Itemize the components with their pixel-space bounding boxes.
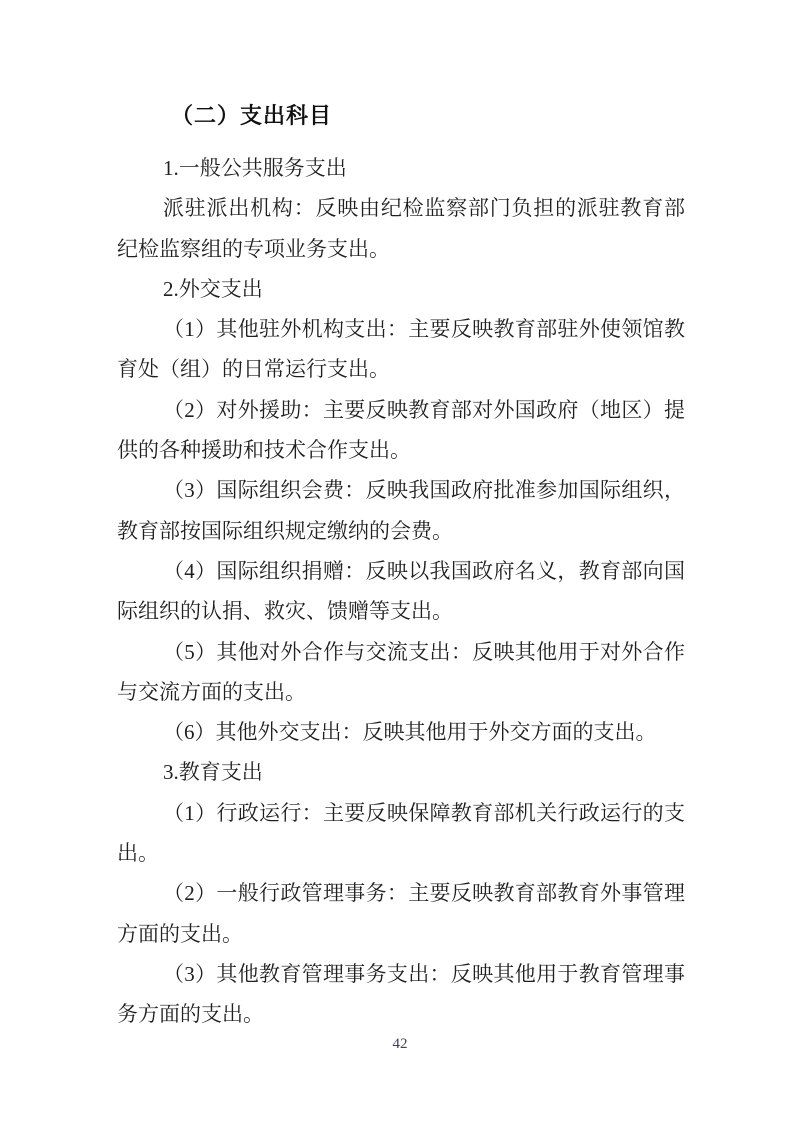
section-heading: （二）支出科目 — [117, 96, 685, 136]
document-page: （二）支出科目 1.一般公共服务支出 派驻派出机构：反映由纪检监察部门负担的派驻… — [0, 0, 800, 1131]
document-content: （二）支出科目 1.一般公共服务支出 派驻派出机构：反映由纪检监察部门负担的派驻… — [117, 96, 685, 1035]
paragraph: （2）一般行政管理事务：主要反映教育部教育外事管理方面的支出。 — [117, 873, 685, 954]
paragraph: （5）其他对外合作与交流支出：反映其他用于对外合作与交流方面的支出。 — [117, 632, 685, 713]
paragraph: （2）对外援助：主要反映教育部对外国政府（地区）提供的各种援助和技术合作支出。 — [117, 390, 685, 471]
paragraph: （1）行政运行：主要反映保障教育部机关行政运行的支出。 — [117, 793, 685, 874]
page-number: 42 — [0, 1036, 800, 1053]
paragraph: 派驻派出机构：反映由纪检监察部门负担的派驻教育部纪检监察组的专项业务支出。 — [117, 188, 685, 269]
paragraph: （4）国际组织捐赠：反映以我国政府名义，教育部向国际组织的认捐、救灾、馈赠等支出… — [117, 551, 685, 632]
paragraph: 1.一般公共服务支出 — [117, 148, 685, 188]
paragraph: 3.教育支出 — [117, 752, 685, 792]
paragraph: （3）其他教育管理事务支出：反映其他用于教育管理事务方面的支出。 — [117, 954, 685, 1035]
paragraph: 2.外交支出 — [117, 269, 685, 309]
paragraph: （1）其他驻外机构支出：主要反映教育部驻外使领馆教育处（组）的日常运行支出。 — [117, 309, 685, 390]
paragraph: （6）其他外交支出：反映其他用于外交方面的支出。 — [117, 712, 685, 752]
paragraph: （3）国际组织会费：反映我国政府批准参加国际组织，教育部按国际组织规定缴纳的会费… — [117, 470, 685, 551]
